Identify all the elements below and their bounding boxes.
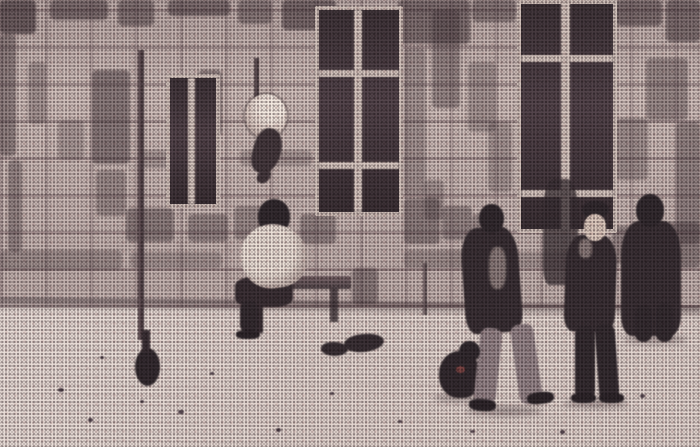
window-tall-mullion-vertical bbox=[354, 10, 362, 212]
stone-shadow-block bbox=[126, 208, 174, 242]
ground-speck bbox=[178, 410, 184, 414]
stone-shadow-block bbox=[472, 0, 516, 22]
seated-person-foot bbox=[236, 330, 260, 339]
background-stick bbox=[423, 263, 427, 315]
window-right-transom-bar-1 bbox=[521, 55, 613, 62]
dog-collar bbox=[456, 366, 465, 373]
window-narrow-mullion bbox=[188, 78, 195, 204]
man-middle-collar bbox=[579, 239, 592, 258]
man-tall-shadow bbox=[623, 335, 687, 344]
ground-speck bbox=[470, 430, 475, 433]
stone-shadow-block bbox=[404, 48, 426, 196]
ground-speck bbox=[140, 400, 144, 403]
stone-shadow-block bbox=[92, 70, 130, 164]
ground-speck bbox=[560, 430, 565, 434]
ground-speck bbox=[100, 356, 104, 359]
window-tall-transom-bar-1 bbox=[319, 70, 399, 77]
stone-shadow-block bbox=[352, 268, 378, 304]
post-knob-base bbox=[135, 348, 160, 386]
man-tall-head bbox=[636, 194, 664, 227]
stone-shadow-block bbox=[424, 180, 444, 220]
stone-shadow-block bbox=[118, 0, 154, 26]
ground-speck bbox=[276, 428, 281, 432]
stone-shadow-block bbox=[300, 214, 336, 244]
man-left-shirt-front bbox=[489, 247, 506, 289]
vintage-halftone-photo bbox=[0, 0, 700, 447]
ground-speck bbox=[330, 392, 334, 395]
ground-speck bbox=[210, 372, 214, 375]
ground-speck bbox=[640, 394, 645, 398]
post-shaft bbox=[138, 50, 144, 340]
stone-shadow-block bbox=[0, 0, 36, 34]
stone-shadow-block bbox=[666, 0, 700, 42]
man-left-head bbox=[479, 204, 504, 233]
stone-shadow-block bbox=[0, 34, 16, 156]
lamp-hanger-rod bbox=[254, 58, 259, 98]
window-tall-transom-bar-2 bbox=[319, 162, 399, 169]
man-middle-face bbox=[584, 214, 606, 241]
man-tall-leg-right bbox=[656, 303, 673, 342]
stone-shadow-block bbox=[168, 0, 230, 16]
stone-shadow-block bbox=[0, 250, 122, 270]
seated-person-leg bbox=[240, 301, 258, 333]
ground-speck bbox=[398, 420, 402, 423]
stone-shadow-block bbox=[188, 214, 228, 242]
stone-shadow-block bbox=[646, 58, 688, 120]
man-middle-leg-left bbox=[575, 326, 595, 399]
stone-shadow-block bbox=[616, 0, 662, 26]
stone-shadow-block bbox=[238, 0, 272, 24]
dog-head bbox=[459, 341, 480, 362]
stone-shadow-block bbox=[50, 0, 108, 20]
ground-speck bbox=[88, 418, 93, 422]
stone-shadow-block bbox=[28, 62, 46, 124]
man-middle-foot-left bbox=[571, 393, 596, 403]
man-tall-leg-left bbox=[635, 305, 652, 342]
stone-shadow-block bbox=[96, 170, 126, 216]
ground-speck bbox=[58, 388, 64, 392]
man-middle-foot-right bbox=[599, 393, 624, 403]
stone-shadow-block bbox=[616, 118, 648, 180]
stone-shadow-block bbox=[488, 122, 512, 192]
stone-shadow-block bbox=[58, 120, 84, 160]
stone-shadow-block bbox=[432, 10, 460, 108]
post-neck bbox=[142, 330, 150, 352]
bench-leg-right bbox=[330, 288, 338, 322]
stone-shadow-block bbox=[8, 160, 22, 252]
